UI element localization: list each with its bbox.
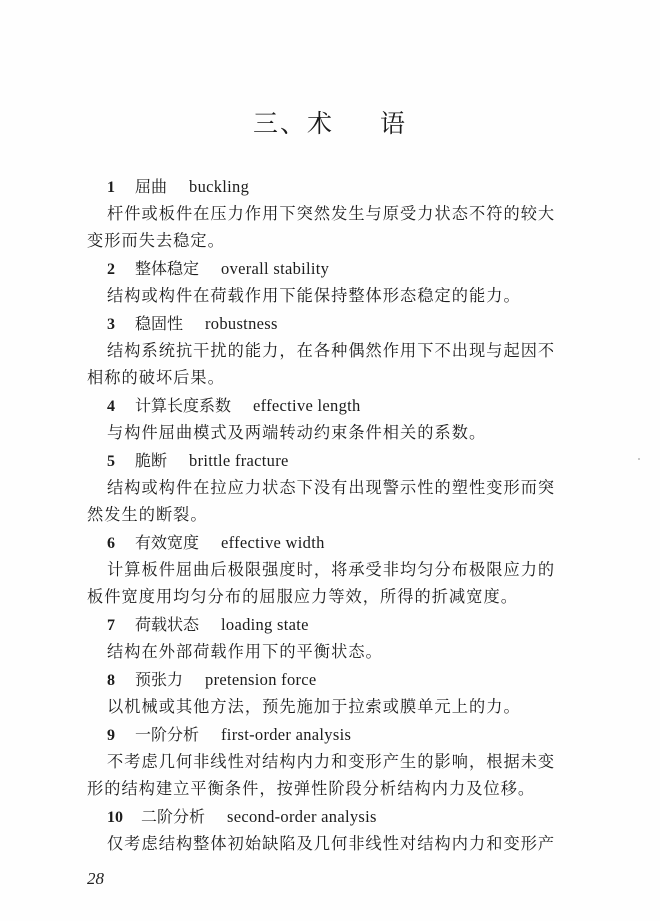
term-english: second-order analysis: [227, 807, 377, 826]
term-english: pretension force: [205, 670, 317, 689]
term-chinese: 屈曲: [135, 177, 167, 196]
term-definition-line: 结构在外部荷载作用下的平衡状态。: [107, 641, 383, 663]
term-definition-line: 以机械或其他方法，预先施加于拉索或膜单元上的力。: [107, 696, 521, 718]
term-definition-line: 然发生的断裂。: [87, 504, 208, 526]
term-chinese: 二阶分析: [141, 807, 205, 826]
term-english: brittle fracture: [189, 451, 289, 470]
term-definition-line: 杆件或板件在压力作用下突然发生与原受力状态不符的较大: [107, 203, 555, 225]
term-chinese: 荷载状态: [135, 615, 199, 634]
term-number: 10: [107, 807, 141, 829]
term-chinese: 脆断: [135, 451, 167, 470]
term-english: effective length: [253, 396, 361, 415]
term-english: loading state: [221, 615, 309, 634]
section-title-part1: 三、术: [253, 109, 334, 138]
term-number: 6: [107, 533, 135, 555]
term-english: first-order analysis: [221, 725, 351, 744]
term-chinese: 有效宽度: [135, 533, 199, 552]
term-chinese: 一阶分析: [135, 725, 199, 744]
term-heading: 2整体稳定overall stability: [107, 258, 329, 281]
term-chinese: 预张力: [135, 670, 183, 689]
document-page: 三、术语 1屈曲buckling 杆件或板件在压力作用下突然发生与原受力状态不符…: [0, 0, 660, 921]
term-heading: 6有效宽度effective width: [107, 532, 325, 555]
term-english: overall stability: [221, 259, 329, 278]
term-number: 2: [107, 259, 135, 281]
term-number: 7: [107, 615, 135, 637]
term-heading: 7荷载状态loading state: [107, 614, 309, 637]
term-heading: 5脆断brittle fracture: [107, 450, 289, 473]
term-definition-line: 计算板件屈曲后极限强度时，将承受非均匀分布极限应力的: [107, 559, 555, 581]
term-definition-line: 不考虑几何非线性对结构内力和变形产生的影响，根据未变: [107, 751, 555, 773]
scan-speck: [638, 458, 640, 460]
term-chinese: 整体稳定: [135, 259, 199, 278]
term-heading: 3稳固性robustness: [107, 313, 278, 336]
term-number: 3: [107, 314, 135, 336]
term-number: 9: [107, 725, 135, 747]
term-definition-line: 板件宽度用均匀分布的屈服应力等效，所得的折减宽度。: [87, 586, 518, 608]
term-definition-line: 结构或构件在荷载作用下能保持整体形态稳定的能力。: [107, 285, 521, 307]
section-title: 三、术语: [0, 104, 660, 140]
term-definition-line: 形的结构建立平衡条件，按弹性阶段分析结构内力及位移。: [87, 778, 535, 800]
term-definition-line: 仅考虑结构整体初始缺陷及几何非线性对结构内力和变形产: [107, 833, 555, 855]
term-heading: 8预张力pretension force: [107, 669, 317, 692]
term-english: robustness: [205, 314, 278, 333]
term-chinese: 计算长度系数: [135, 396, 231, 415]
term-definition-line: 与构件屈曲模式及两端转动约束条件相关的系数。: [107, 422, 486, 444]
term-definition-line: 结构或构件在拉应力状态下没有出现警示性的塑性变形而突: [107, 477, 555, 499]
term-number: 1: [107, 177, 135, 199]
section-title-part2: 语: [380, 109, 407, 138]
term-chinese: 稳固性: [135, 314, 183, 333]
term-number: 4: [107, 396, 135, 418]
term-heading: 4计算长度系数effective length: [107, 395, 361, 418]
term-english: effective width: [221, 533, 325, 552]
term-english: buckling: [189, 177, 249, 196]
term-definition-line: 结构系统抗干扰的能力，在各种偶然作用下不出现与起因不: [107, 340, 555, 362]
term-number: 8: [107, 670, 135, 692]
term-number: 5: [107, 451, 135, 473]
term-definition-line: 相称的破坏后果。: [87, 367, 225, 389]
term-definition-line: 变形而失去稳定。: [87, 230, 225, 252]
page-number: 28: [87, 869, 104, 889]
term-heading: 9一阶分析first-order analysis: [107, 724, 351, 747]
term-heading: 1屈曲buckling: [107, 176, 249, 199]
term-heading: 10二阶分析second-order analysis: [107, 806, 377, 829]
